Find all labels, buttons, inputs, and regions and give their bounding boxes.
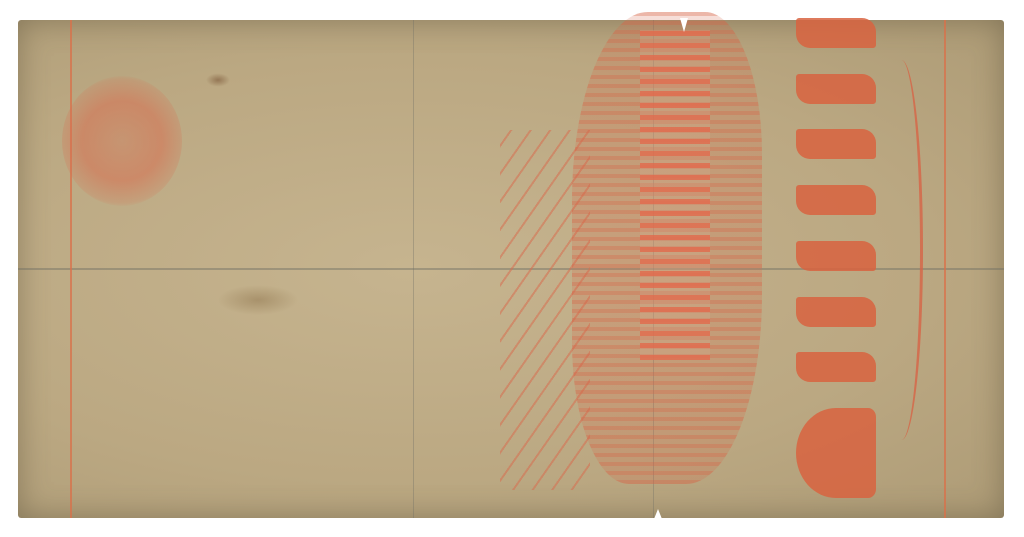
- left-border-line: [70, 20, 72, 518]
- faded-seal-emblem: [62, 76, 182, 206]
- right-border-line: [944, 20, 946, 518]
- mirrored-blackletter-text: [776, 18, 896, 498]
- decorative-arc: [880, 60, 923, 440]
- vignette-building-detail: [640, 30, 710, 360]
- vertical-fold: [413, 20, 414, 518]
